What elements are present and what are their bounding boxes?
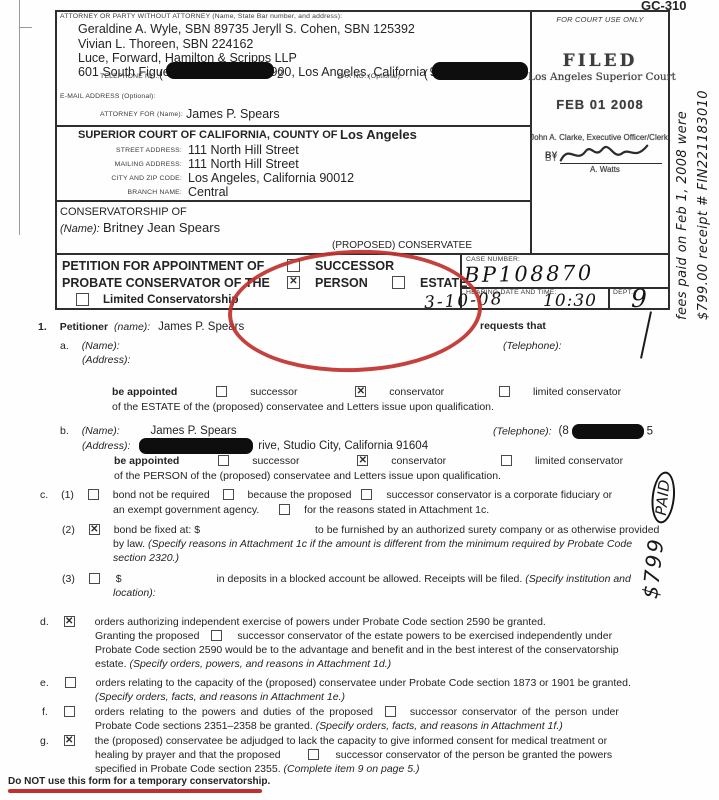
item-a-row1: a. (Name): [60,340,120,353]
attorney-line: Geraldine A. Wyle, SBN 89735 Jeryll S. C… [78,22,415,38]
checkbox-b-conservator[interactable] [357,455,368,466]
d-line2a: Granting the proposed [95,630,200,642]
telephone-open-paren: ( [159,68,163,82]
branch-label: BRANCH NAME: [80,189,182,197]
hearing-time-value: 10:30 [543,291,597,311]
item-d-row1: d. orders authorizing independent exerci… [40,616,546,629]
attorney-for-label: ATTORNEY FOR (Name): [100,111,183,119]
margin-note-line2: $799.00 receipt # FIN221183010 [693,10,714,320]
item-c-letter: c. [40,489,48,501]
f-line2b: (Specify orders, facts, and reasons in A… [316,720,563,732]
checkbox-a-limited[interactable] [499,386,510,397]
item-b-telephone-open: (8 [559,425,569,437]
conservatee-name: Britney Jean Spears [103,220,220,236]
be-appointed-label: be appointed [114,455,179,467]
grid-line [55,125,531,127]
checkbox-c1-successor[interactable] [361,489,372,500]
item-1-number: 1. [38,321,47,333]
c3-text1: $ [116,573,122,585]
redaction-bar-telephone-b [572,424,644,439]
item-c1-row1: c. (1) bond not be required because the … [40,489,612,502]
checkbox-e-capacity[interactable] [65,677,76,688]
item-a-address-label: (Address): [82,354,130,367]
c3-text2a: in deposits in a blocked account be allo… [216,573,525,585]
form-border-left [55,10,57,310]
checkbox-c1-attachment[interactable] [279,504,290,515]
redaction-bar-telephone [166,62,274,79]
item-b-address-label: (Address): [82,440,130,452]
item-b-telephone-label: (Telephone): [493,425,552,437]
margin-note-fees: fees paid on Feb 1, 2008 were $799.00 re… [672,10,718,320]
c2-text3a: by law. [113,538,148,550]
case-number-value: BP108870 [464,261,594,287]
checkbox-a-successor[interactable] [216,386,227,397]
c1-text2: because the proposed [248,489,352,501]
attorney-for-value: James P. Spears [186,107,280,123]
item-g-letter: g. [40,735,49,747]
email-label: E-MAIL ADDRESS (Optional): [60,93,156,101]
conservatorship-label: CONSERVATORSHIP OF [60,206,187,220]
petitioner-label: Petitioner [60,321,108,333]
paid-word-circled: PAID [649,470,677,524]
court-title: SUPERIOR COURT OF CALIFORNIA, COUNTY OF [78,129,338,143]
item-a-letter: a. [60,340,69,352]
scanned-form-gc310: GC-310 ATTORNEY OR PARTY WITHOUT ATTORNE… [0,0,719,800]
conservator-label: conservator [391,455,446,467]
item-e-letter: e. [40,677,49,689]
item-b-name-label: (Name): [82,425,120,437]
redaction-bar-fax [432,62,528,80]
scan-tick [19,27,32,28]
grid-line [530,10,532,254]
d-line4b: (Specify orders, powers, and reasons in … [129,658,391,670]
court-use-label: FOR COURT USE ONLY [530,15,670,24]
item-e-row1: e. orders relating to the capacity of th… [40,677,631,690]
item-b-letter: b. [60,425,69,437]
filed-stamp-title: FILED [530,51,670,72]
item-c1-number: (1) [61,489,74,501]
item-b-appointed-row: be appointed successor conservator limit… [114,455,623,468]
deputy-clerk-name: A. Watts [590,165,620,175]
c1-text1: bond not be required [113,489,210,501]
checkbox-limited-conservatorship[interactable] [76,293,89,306]
red-underline-annotation [8,789,262,793]
c1-text4: an exempt government agency. [113,504,259,516]
checkbox-c3-blocked-account[interactable] [89,573,100,584]
be-appointed-label: be appointed [112,386,177,398]
signature-line [560,163,662,164]
item-b-name: James P. Spears [151,425,237,437]
checkbox-c1-because-proposed[interactable] [223,489,234,500]
city-label: CITY AND ZIP CODE: [80,175,182,183]
checkbox-g-successor[interactable] [308,749,319,760]
court-county: Los Angeles [340,127,417,143]
item-c3-row1: (3) $ in deposits in a blocked account b… [62,573,631,586]
item-f-row1: f. orders relating to the powers and dut… [42,706,619,719]
item-d-row3: Probate Code section 2590 would be to th… [95,644,619,657]
margin-note-line1: fees paid on Feb 1, 2008 were [672,10,693,320]
checkbox-f-powers-duties[interactable] [64,706,75,717]
checkbox-d-independent-powers[interactable] [64,616,75,627]
item-e-row2: (Specify orders, facts, and reasons in A… [95,691,345,704]
f-line1b: successor conservator of the person unde… [410,706,619,718]
item-d-row2: Granting the proposed successor conserva… [95,630,612,643]
petition-title-limited: Limited Conservatorship [103,293,238,307]
f-line1a: orders relating to the powers and duties… [95,706,373,718]
f-line2a: Probate Code sections 2351–2358 be grant… [95,720,316,732]
conservatee-name-label: (Name): [60,223,100,237]
checkbox-c2-bond-fixed[interactable] [89,524,100,535]
item-c2-number: (2) [62,524,75,536]
form-border-top [55,10,670,12]
telephone-tail: 2 [277,68,283,82]
c1-text5: for the reasons stated in Attachment 1c. [304,504,489,516]
e-line1: orders relating to the capacity of the (… [96,677,631,689]
petition-title-line1: PETITION FOR APPOINTMENT OF [62,259,264,275]
g-line3a: specified in Probate Code section 2355. [95,763,284,775]
street-label: STREET ADDRESS: [80,147,182,155]
item-d-letter: d. [40,616,49,628]
telephone-label: TELEPHONE NO.: [100,73,160,81]
c2-text2: to be furnished by an authorized surety … [315,524,659,536]
item-c2-row3: section 2320.) [113,552,179,565]
c3-text2b: (Specify institution and [525,573,631,585]
item-d-row4: estate. (Specify orders, powers, and rea… [95,658,391,671]
grid-line [608,287,610,309]
c2-text1: bond be fixed at: $ [114,524,200,536]
item-a-line2: of the ESTATE of the (proposed) conserva… [112,401,494,414]
mailing-label: MAILING ADDRESS: [80,161,182,169]
filed-stamp-date: FEB 01 2008 [530,97,670,113]
limited-conservator-label: limited conservator [533,386,621,398]
dept-value: 9 [631,284,647,313]
footer-warning: Do NOT use this form for a temporary con… [8,776,270,789]
item-c1-row2: an exempt government agency. for the rea… [113,504,489,517]
limited-conservator-label: limited conservator [535,455,623,467]
fax-label: FAX NO. (Optional): [338,73,402,81]
c1-text3: successor conservator is a corporate fid… [386,489,612,501]
item-f-letter: f. [42,706,48,718]
checkbox-c1-bond-not-required[interactable] [88,489,99,500]
item-b-address-row: (Address): rive, Studio City, California… [82,438,428,454]
d-line1: orders authorizing independent exercise … [95,616,546,628]
red-circle-annotation [226,246,484,377]
item-f-row2: Probate Code sections 2351–2358 be grant… [95,720,563,733]
c2-text3b: (Specify reasons in Attachment 1c if the… [148,538,632,550]
g-line1: the (proposed) conservatee be adjudged t… [95,735,607,747]
item-b-telephone-tail: 5 [647,425,653,437]
successor-label: successor [250,386,297,398]
g-line2b: successor conservator of the person be g… [335,749,612,761]
g-line2a: healing by prayer and that the proposed [95,749,281,761]
attorney-box-label: ATTORNEY OR PARTY WITHOUT ATTORNEY (Name… [60,13,342,21]
conservator-label: conservator [389,386,444,398]
item-b-address-tail: rive, Studio City, California 91604 [258,440,428,452]
item-1-row: 1. Petitioner (name): James P. Spears [38,320,244,334]
item-a-telephone-label: (Telephone): [503,340,562,353]
grid-line [55,200,531,202]
item-a-appointed-row: be appointed successor conservator limit… [112,386,621,399]
item-c2-row2: by law. (Specify reasons in Attachment 1… [113,538,632,551]
checkbox-a-conservator[interactable] [355,386,366,397]
item-g-row3: specified in Probate Code section 2355. … [95,763,420,776]
pen-stroke [640,311,652,358]
item-g-row2: healing by prayer and that the proposed … [95,749,612,762]
successor-label: successor [252,455,299,467]
g-line3b: (Complete item 9 on page 5.) [284,763,420,775]
item-c3-row2: location): [113,587,156,600]
item-b-row1: b. (Name): James P. Spears [60,424,237,438]
filed-stamp-court: Los Angeles Superior Court [528,71,672,84]
branch-value: Central [188,185,228,201]
item-g-row1: g. the (proposed) conservatee be adjudge… [40,735,607,748]
redaction-bar-address [139,438,253,454]
paid-amount: $799 [638,536,668,600]
checkbox-d-successor[interactable] [211,630,222,641]
d-line4a: estate. [95,658,129,670]
checkbox-g-medical-consent[interactable] [64,735,75,746]
checkbox-f-successor[interactable] [385,706,396,717]
d-line2b: successor conservator of the estate powe… [237,630,612,642]
by-label: BY [545,150,558,161]
item-c2-row1: (2) bond be fixed at: $ to be furnished … [62,524,659,537]
item-b-line2: of the PERSON of the (proposed) conserva… [114,470,501,483]
item-b-telephone-row: (Telephone): (8 5 [493,424,653,439]
item-c3-number: (3) [62,573,75,585]
petitioner-name-label: (name): [114,321,150,333]
fax-open-paren: ( [424,68,428,82]
item-a-name-label: (Name): [82,340,120,352]
scan-edge-line [19,0,20,235]
checkbox-b-successor[interactable] [218,455,229,466]
checkbox-b-limited[interactable] [501,455,512,466]
requests-that-label: requests that [480,320,546,333]
